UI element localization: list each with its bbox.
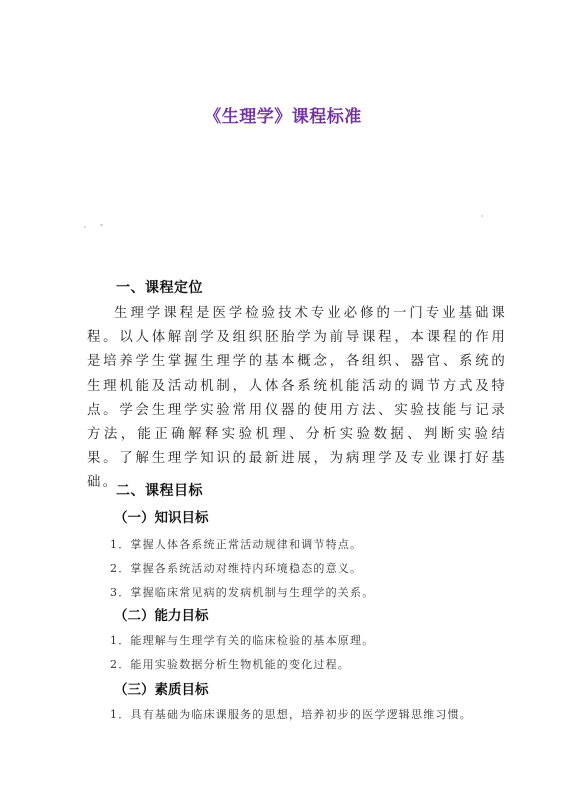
scan-speck <box>481 215 483 217</box>
subsection-heading-ability: （二）能力目标 <box>114 604 209 624</box>
section-heading-objectives: 二、课程目标 <box>116 480 203 500</box>
section-heading-positioning: 一、课程定位 <box>116 277 203 297</box>
scan-speck <box>100 224 103 226</box>
list-item: 1．具有基础为临床课服务的思想，培养初步的医学逻辑思维习惯。 <box>110 706 472 722</box>
document-page: 《生理学》课程标准 一、课程定位 生理学课程是医学检验技术专业必修的一门专业基础… <box>0 0 566 800</box>
list-item: 3．掌握临床常见病的发病机制与生理学的关系。 <box>110 584 374 600</box>
list-item: 2．能用实验数据分析生物机能的变化过程。 <box>110 656 350 672</box>
list-item: 2．掌握各系统活动对维持内环境稳态的意义。 <box>110 560 362 576</box>
list-item: 1．能理解与生理学有关的临床检验的基本原理。 <box>110 632 374 648</box>
scan-speck <box>84 226 86 228</box>
subsection-heading-quality: （三）素质目标 <box>114 678 209 698</box>
list-item: 1．掌握人体各系统正常活动规律和调节特点。 <box>110 536 362 552</box>
document-title: 《生理学》课程标准 <box>0 102 566 127</box>
subsection-heading-knowledge: （一）知识目标 <box>114 506 209 526</box>
section-paragraph-positioning: 生理学课程是医学检验技术专业必修的一门专业基础课程。以人体解剖学及组织胚胎学为前… <box>87 302 507 496</box>
